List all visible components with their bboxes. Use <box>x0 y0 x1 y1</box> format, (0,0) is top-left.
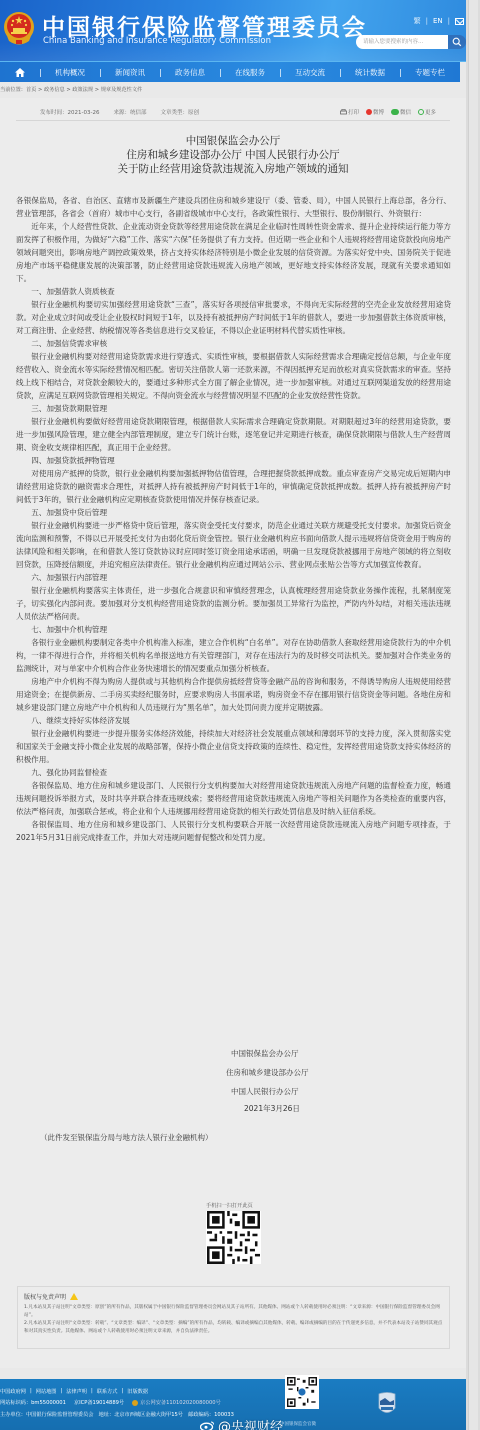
main-nav: 机构概况 新闻资讯 政务信息 在线服务 互动交流 统计数据 专题专栏 <box>0 62 460 82</box>
section-heading: 一、加强借款人资质核查 <box>16 285 451 298</box>
addressee: 各银保监局，各省、自治区、直辖市及新疆生产建设兵团住房和城乡建设厅（委、管委、局… <box>16 194 451 220</box>
government-site-badge-icon[interactable] <box>377 1391 397 1417</box>
section-paragraph: 各银保监局、地方住房和城乡建设部门、人民银行分支机构要联合开展一次经营用途贷款违… <box>16 818 451 844</box>
breadcrumb[interactable]: 当前位置：首页 > 政务信息 > 政策法规 > 规章及规范性文件 <box>0 84 466 96</box>
lang-english-link[interactable]: EN <box>433 17 443 25</box>
warning-icon <box>70 1293 78 1300</box>
section-paragraph: 银行业金融机构要进一步提升服务实体经济效能，持续加大对经济社会发展重点领域和薄弱… <box>16 727 451 766</box>
share-wechat-button[interactable]: 微信 <box>391 108 411 116</box>
section-heading: 七、加强中介机构管理 <box>16 623 451 636</box>
article-card: 发布时间：2021-03-26 来源：统信部 文章类型：原创 打印 微博 微信 … <box>0 98 466 1368</box>
search-button[interactable] <box>448 35 466 49</box>
article-type: 文章类型：原创 <box>160 108 199 116</box>
disclaimer-title: 版权与免责声明 <box>24 1292 443 1301</box>
section-paragraph: 银行业金融机构要落实主体责任，进一步强化合规意识和审慎经营理念，认真梳理经营用途… <box>16 584 451 623</box>
distribution-note: （此件发至银保监分局与地方法人银行业金融机构） <box>40 1132 213 1143</box>
site-footer: 中国政府网| 网站地图| 法律声明| 联系方式| 旧版数据 网站标识码：bm55… <box>0 1379 466 1430</box>
police-badge-icon <box>132 1400 138 1406</box>
section-paragraph: 银行业金融机构要做好经营用途贷款期限管理，根据借款人实际需求合理确定贷款期限。对… <box>16 415 451 454</box>
footer-link-sitemap[interactable]: 网站地图 <box>36 1388 57 1395</box>
site-id: 网站标识码：bm55000001 <box>0 1399 66 1406</box>
scrollbar-thumb[interactable] <box>468 0 478 1430</box>
official-wechat-qr-icon <box>285 1375 319 1409</box>
nav-item-news[interactable]: 新闻资讯 <box>100 67 160 78</box>
section-heading: 三、加强贷款期限管理 <box>16 402 451 415</box>
document-title: 中国银保监会办公厅 住房和城乡建设部办公厅 中国人民银行办公厅 关于防止经营用途… <box>0 134 466 176</box>
disclaimer-text-1: 1.凡本站及其子站注明“文章类型：原创”的所有作品，其版权属于中国银行保险监督管… <box>24 1304 443 1320</box>
nav-item-about[interactable]: 机构概况 <box>40 67 100 78</box>
nav-item-statistics[interactable]: 统计数据 <box>340 67 400 78</box>
section-heading: 二、加强信贷需求审核 <box>16 337 451 350</box>
section-paragraph: 银行业金融机构要切实加强经营用途贷款“三查”，落实好各项授信审批要求，不得向无实… <box>16 298 451 337</box>
divider <box>16 120 450 121</box>
section-paragraph: 银行业金融机构要进一步严格贷中贷后管理，落实资金受托支付要求，防范企业通过关联方… <box>16 519 451 571</box>
printer-icon <box>340 109 347 115</box>
plus-circle-icon <box>418 109 424 115</box>
signature-date: 2021年3月26日 <box>244 1103 300 1114</box>
icp-number[interactable]: 京ICP备19014889号 <box>74 1399 124 1406</box>
weibo-logo-icon <box>200 1420 215 1430</box>
section-heading: 八、继续支持好实体经济发展 <box>16 714 451 727</box>
section-paragraph: 各银保监局、地方住房和城乡建设部门、人民银行分支机构要加大对经营用途贷款违规流入… <box>16 779 451 818</box>
mail-icon[interactable] <box>455 18 464 25</box>
nav-item-special-topics[interactable]: 专题专栏 <box>400 67 460 78</box>
nav-item-government-info[interactable]: 政务信息 <box>160 67 220 78</box>
separator: | <box>448 17 450 25</box>
document-body: 各银保监局，各省、自治区、直辖市及新疆生产建设兵团住房和城乡建设厅（委、管委、局… <box>16 194 451 844</box>
home-icon <box>15 68 25 77</box>
article-source: 来源：统信部 <box>113 108 146 116</box>
copyright-disclaimer: 版权与免责声明 1.凡本站及其子站注明“文章类型：原创”的所有作品，其版权属于中… <box>17 1286 450 1349</box>
section-heading: 四、加强贷款抵押物管理 <box>16 454 451 467</box>
section-heading: 九、强化协同监督检查 <box>16 766 451 779</box>
disclaimer-text-2: 2.凡本站及其子站注明“文章类型：转载”、“文章类型：编译”、“文章类型：摘编”… <box>24 1320 443 1336</box>
footer-registration: 网站标识码：bm55000001 京ICP备19014889号 京公网安备110… <box>0 1399 221 1406</box>
lang-traditional-link[interactable]: 繁 <box>414 16 421 26</box>
article-meta: 发布时间：2021-03-26 来源：统信部 文章类型：原创 <box>40 108 199 116</box>
section-heading: 五、加强贷中贷后管理 <box>16 506 451 519</box>
share-weibo-button[interactable]: 微博 <box>366 108 384 116</box>
footer-qr-label: 中国银保监会官微 <box>280 1421 316 1427</box>
section-paragraph: 各银行业金融机构要制定各类中介机构准入标准，建立合作机构“白名单”。对存在协助借… <box>16 636 451 675</box>
nav-home[interactable] <box>0 62 40 82</box>
site-title-en: China Banking and Insurance Regulatory C… <box>43 36 271 46</box>
print-button[interactable]: 打印 <box>340 108 359 116</box>
title-line: 关于防止经营用途贷款违规流入房地产领域的通知 <box>0 162 466 176</box>
share-more-button[interactable]: 更多 <box>418 108 436 116</box>
footer-link-contact[interactable]: 联系方式 <box>97 1388 118 1395</box>
footer-link-gov[interactable]: 中国政府网 <box>0 1388 26 1395</box>
signature-org-cbirc: 中国银保监会办公厅 <box>231 1048 299 1059</box>
intro-paragraph: 近年来，个人经营性贷款、企业流动资金贷款等经营用途贷款在满足企业临时性周转性资金… <box>16 220 451 285</box>
section-paragraph: 对使用房产抵押的贷款，银行业金融机构要加强抵押物估值管理，合理把握贷款抵押成数。… <box>16 467 451 506</box>
section-paragraph: 银行业金融机构要对经营用途贷款需求进行穿透式、实质性审核，要根据借款人实际经营需… <box>16 350 451 402</box>
signature-org-pboc: 中国人民银行办公厅 <box>231 1086 299 1097</box>
site-header: 中国银行保险监督管理委员会 China Banking and Insuranc… <box>0 0 466 62</box>
language-links: 繁 | EN | <box>414 16 464 26</box>
footer-link-legal[interactable]: 法律声明 <box>66 1388 87 1395</box>
nav-item-interaction[interactable]: 互动交流 <box>280 67 340 78</box>
weibo-watermark: @央视财经 <box>200 1416 283 1430</box>
search-input[interactable]: 请输入您要搜索的内容... <box>356 35 448 49</box>
wechat-icon <box>391 109 399 115</box>
police-record[interactable]: 京公网安备110102020080000号 <box>132 1399 221 1406</box>
national-emblem-icon <box>3 10 35 46</box>
page: 中国银行保险监督管理委员会 China Banking and Insuranc… <box>0 0 480 1430</box>
title-line: 中国银保监会办公厅 <box>0 134 466 148</box>
share-bar: 打印 微博 微信 更多 <box>340 108 436 116</box>
footer-link-old-data[interactable]: 旧版数据 <box>127 1388 148 1395</box>
publish-time: 发布时间：2021-03-26 <box>40 108 99 116</box>
nav-item-online-services[interactable]: 在线服务 <box>220 67 280 78</box>
scrollbar[interactable] <box>466 0 480 1430</box>
signature-org-mohurd: 住房和城乡建设部办公厅 <box>226 1067 309 1078</box>
qr-label: 手机扫一扫打开此页 <box>206 1202 253 1209</box>
section-heading: 六、加强银行内部管理 <box>16 571 451 584</box>
footer-links: 中国政府网| 网站地图| 法律声明| 联系方式| 旧版数据 <box>0 1388 148 1395</box>
search-icon <box>452 37 462 47</box>
qr-code-image <box>206 1211 261 1264</box>
title-line: 住房和城乡建设部办公厅 中国人民银行办公厅 <box>0 148 466 162</box>
weibo-icon <box>366 109 372 115</box>
section-paragraph: 房地产中介机构不得为购房人提供或与其他机构合作提供房抵经营贷等金融产品的咨询和服… <box>16 675 451 714</box>
sponsor-info: 主办单位：中国银行保险监督管理委员会 地址：北京市西城区金融大街甲15号 邮政编… <box>0 1411 234 1418</box>
separator: | <box>426 17 428 25</box>
